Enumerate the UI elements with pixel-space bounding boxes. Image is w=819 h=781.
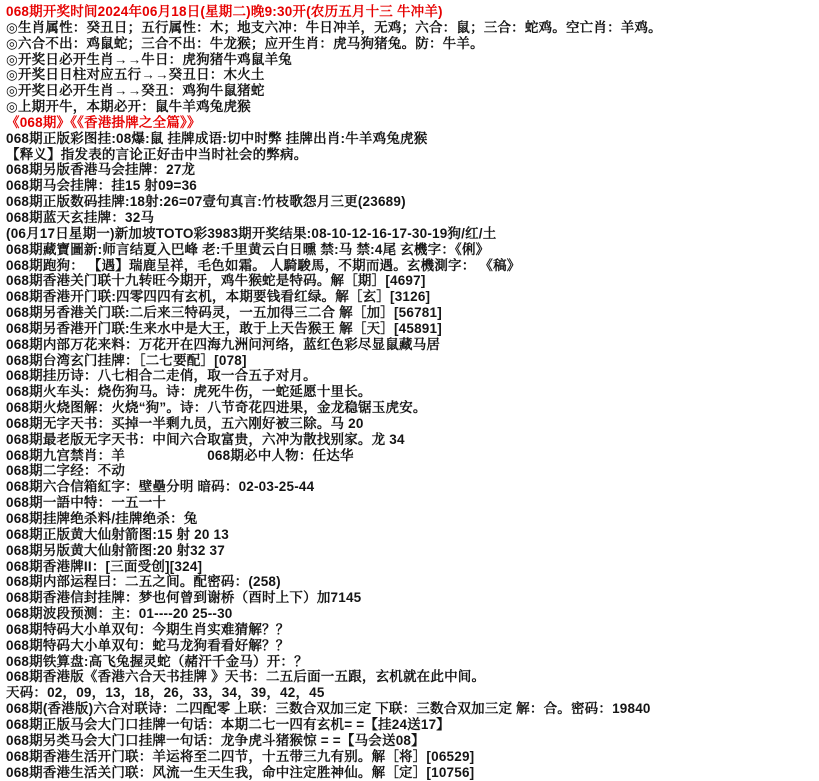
text-line-16: 068期藏寶圖新:师言结夏入巴峰 老:千里黄云白日曛 禁:马 禁:4尾 玄機字：… <box>6 242 817 258</box>
text-line-33: 068期挂牌绝杀料/挂牌绝杀：兔 <box>6 511 817 527</box>
text-line-30: 068期二字经：不动 <box>6 463 817 479</box>
text-line-17: 068期跑狗： 【遇】瑞鹿呈祥，毛色如霜。 人騎駿馬，不期而遇。玄機測字： 《稿… <box>6 258 817 274</box>
text-line-5: ◎开奖日日柱对应五行→→癸丑日：木火土 <box>6 67 817 83</box>
text-line-10: 【释义】指发表的言论正好击中当时社会的弊病。 <box>6 147 817 163</box>
text-line-44: 天码：02，09，13，18，26，33，34，39，42，45 <box>6 685 817 701</box>
text-line-12: 068期马会挂牌：挂15 射09=36 <box>6 178 817 194</box>
lottery-tips-page: 068期开奖时间2024年06月18日(星期二)晚9:30开(农历五月十三 牛冲… <box>0 0 819 781</box>
text-line-29: 068期九宫禁肖：羊 068期必中人物：任达华 <box>6 448 817 464</box>
text-line-47: 068期另类马会大门口挂牌一句话：龙争虎斗猪猴惊 = =【马会送08】 <box>6 733 817 749</box>
text-line-28: 068期最老版无字天书：中间六合取富贵，六冲为散找别家。龙 34 <box>6 432 817 448</box>
text-line-41: 068期特码大小单双句：蛇马龙狗看看好解？？ <box>6 638 817 654</box>
text-lines: 068期开奖时间2024年06月18日(星期二)晚9:30开(农历五月十三 牛冲… <box>6 4 817 780</box>
text-line-21: 068期另香港开门联:生来水中是大王，敢于上天告猴王 解［天］[45891] <box>6 321 817 337</box>
text-line-35: 068期另版黄大仙射箭图:20 射32 37 <box>6 543 817 559</box>
text-line-26: 068期火烧图解：火烧“狗”。诗：八节奇花四进果，金龙稳锯玉虎安。 <box>6 400 817 416</box>
text-line-23: 068期台湾玄门挂牌：［二七要配］[078] <box>6 353 817 369</box>
text-line-48: 068期香港生活开门联：羊运将至二四节，十五带三九有别。解［将］[06529] <box>6 749 817 765</box>
text-line-15: (06月17日星期一)新加坡TOTO彩3983期开奖结果:08-10-12-16… <box>6 226 817 242</box>
text-line-4: ◎开奖日必开生肖→→牛日：虎狗猪牛鸡鼠羊兔 <box>6 52 817 68</box>
text-line-32: 068期一語中特：一五一十 <box>6 495 817 511</box>
text-line-8: 《068期》《《香港掛牌之全篇》》 <box>6 115 817 131</box>
text-line-27: 068期无字天书：买掉一半剩九员，五六刚好被三除。马 20 <box>6 416 817 432</box>
text-line-1: 068期开奖时间2024年06月18日(星期二)晚9:30开(农历五月十三 牛冲… <box>6 4 817 20</box>
text-line-2: ◎生肖属性：癸丑日；五行属性：木；地支六冲：牛日冲羊，无鸡；六合：鼠；三合：蛇鸡… <box>6 20 817 36</box>
text-line-34: 068期正版黄大仙射箭图:15 射 20 13 <box>6 527 817 543</box>
text-line-13: 068期正版数码挂牌:18射:26=07壹句真言:竹枝歌怨月三更(23689) <box>6 194 817 210</box>
text-line-6: ◎开奖日必开生肖→→癸丑：鸡狗牛鼠猪蛇 <box>6 83 817 99</box>
text-line-31: 068期六合信箱紅字：壁壘分明 暗码：02-03-25-44 <box>6 479 817 495</box>
text-line-49: 068期香港生活关门联：风流一生天生我，命中注定胜神仙。解［定］[10756] <box>6 765 817 781</box>
text-line-38: 068期香港信封挂牌：梦也何曾到谢桥（酉时上下）加7145 <box>6 590 817 606</box>
text-line-36: 068期香港牌II：[三面受创][324] <box>6 559 817 575</box>
text-line-37: 068期内部运程曰：二五之间。配密码：(258) <box>6 574 817 590</box>
text-line-40: 068期特码大小单双句：今期生肖实难猜解？？ <box>6 622 817 638</box>
text-line-24: 068期挂历诗：八七相合二走俏，取一合五子对月。 <box>6 368 817 384</box>
text-line-43: 068期香港版《香港六合天书挂牌 》天书：二五后面一五跟，玄机就在此中间。 <box>6 669 817 685</box>
text-line-25: 068期火车头：烧伤狗马。诗：虎死牛伤，一蛇延愿十里长。 <box>6 384 817 400</box>
text-line-42: 068期铁算盘:高飞兔握灵蛇（赭汗千金马）开：？ <box>6 654 817 670</box>
text-line-22: 068期内部万花来料：万花开在四海九洲问河络，蓝红色彩尽显鼠藏马居 <box>6 337 817 353</box>
text-line-19: 068期香港开门联:四零四四有玄机，本期要钱看红绿。解［玄］[3126] <box>6 289 817 305</box>
text-line-39: 068期波段预测：主：01----20 25--30 <box>6 606 817 622</box>
text-line-20: 068期另香港关门联:二后来三特码灵，一五加得三二合 解［加］[56781] <box>6 305 817 321</box>
text-line-18: 068期香港关门联十九转旺今期开，鸡牛猴蛇是特码。解［期］[4697] <box>6 273 817 289</box>
text-line-46: 068期正版马会大门口挂牌一句话：本期二七一四有玄机= =【挂24送17】 <box>6 717 817 733</box>
text-line-14: 068期蓝天玄挂牌：32马 <box>6 210 817 226</box>
text-line-3: ◎六合不出：鸡鼠蛇；三合不出：牛龙猴；应开生肖：虎马狗猪兔。防：牛羊。 <box>6 36 817 52</box>
text-line-7: ◎上期开牛，本期必开：鼠牛羊鸡兔虎猴 <box>6 99 817 115</box>
text-line-9: 068期正版彩图挂:08爆:鼠 挂牌成语:切中时弊 挂牌出肖:牛羊鸡兔虎猴 <box>6 131 817 147</box>
text-line-11: 068期另版香港马会挂牌：27龙 <box>6 162 817 178</box>
text-line-45: 068期(香港版)六合对联诗：二四配零 上联：三数合双加三定 下联：三数合双加三… <box>6 701 817 717</box>
